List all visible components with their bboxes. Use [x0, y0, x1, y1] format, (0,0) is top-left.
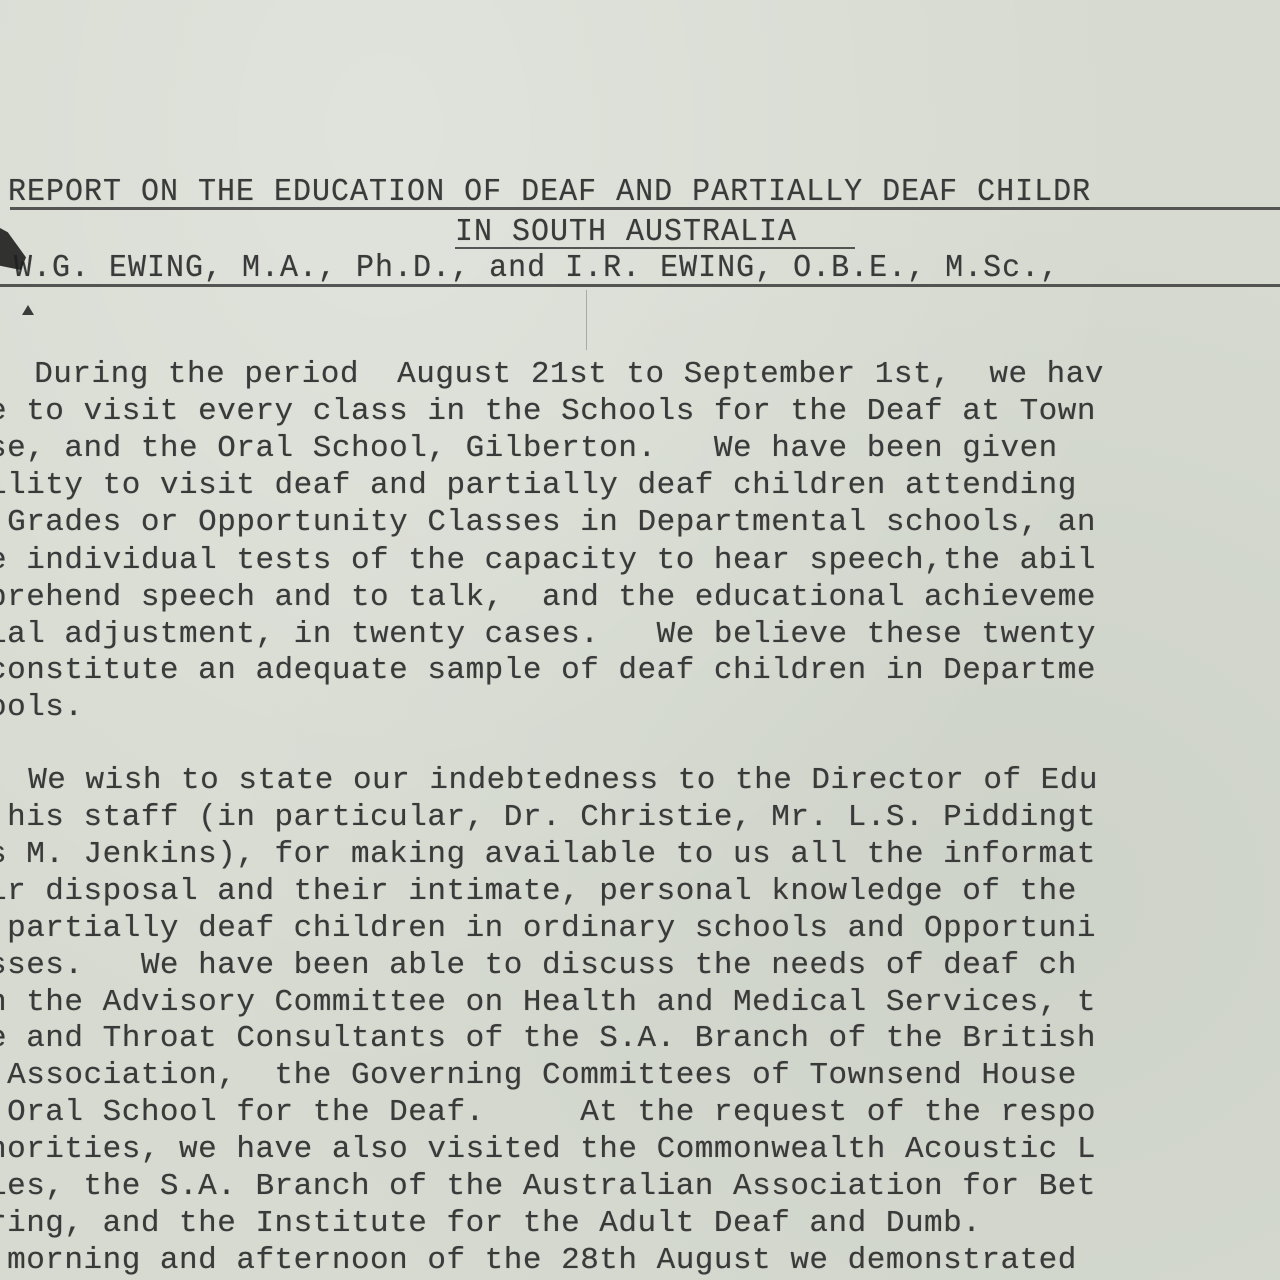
paragraph-2-line-14: morning and afternoon of the 28th August…	[0, 1243, 1096, 1279]
paragraph-1-line-9: constitute an adequate sample of deaf ch…	[0, 653, 1096, 689]
paragraph-1-line-4: ility to visit deaf and partially deaf c…	[0, 468, 1096, 504]
paragraph-2-line-9: Association, the Governing Committees of…	[0, 1058, 1096, 1094]
paragraph-1-line-2: e to visit every class in the Schools fo…	[0, 394, 1096, 430]
paragraph-1-line-5: Grades or Opportunity Classes in Departm…	[0, 505, 1096, 541]
paragraph-2-line-3: s M. Jenkins), for making available to u…	[0, 837, 1096, 873]
paragraph-2-line-8: e and Throat Consultants of the S.A. Bra…	[0, 1021, 1096, 1057]
authors-line: W.G. EWING, M.A., Ph.D., and I.R. EWING,…	[14, 250, 1078, 288]
paragraph-2-line-4: ir disposal and their intimate, personal…	[0, 874, 1096, 910]
paragraph-2-line-12: ies, the S.A. Branch of the Australian A…	[0, 1169, 1096, 1205]
paragraph-2-line-6: sses. We have been able to discuss the n…	[0, 948, 1077, 984]
paper-crease	[586, 290, 587, 350]
paragraph-1-line-1: During the period August 21st to Septemb…	[0, 357, 1104, 393]
paragraph-1-line-7: prehend speech and to talk, and the educ…	[0, 580, 1096, 616]
paragraph-2-line-1: We wish to state our indebtedness to the…	[0, 763, 1098, 799]
ink-speck-mark	[22, 305, 34, 315]
paragraph-1-line-8: ial adjustment, in twenty cases. We beli…	[0, 617, 1096, 653]
paragraph-2-line-13: ring, and the Institute for the Adult De…	[0, 1206, 981, 1242]
paragraph-1-line-3: se, and the Oral School, Gilberton. We h…	[0, 431, 1058, 467]
paragraph-1-line-10: ools.	[0, 690, 84, 726]
title-underline-1	[10, 207, 1280, 210]
authors-underline	[0, 284, 1280, 287]
document-page: REPORT ON THE EDUCATION OF DEAF AND PART…	[0, 0, 1280, 1280]
paragraph-2-line-11: horities, we have also visited the Commo…	[0, 1132, 1096, 1168]
paragraph-2-line-5: partially deaf children in ordinary scho…	[0, 911, 1096, 947]
paragraph-1-line-6: e individual tests of the capacity to he…	[0, 543, 1096, 579]
ink-blot-mark	[0, 228, 26, 270]
paragraph-2-line-7: h the Advisory Committee on Health and M…	[0, 985, 1096, 1021]
paragraph-2-line-10: Oral School for the Deaf. At the request…	[0, 1095, 1096, 1131]
title-underline-2	[455, 247, 855, 249]
paragraph-2-line-2: his staff (in particular, Dr. Christie, …	[0, 800, 1096, 836]
